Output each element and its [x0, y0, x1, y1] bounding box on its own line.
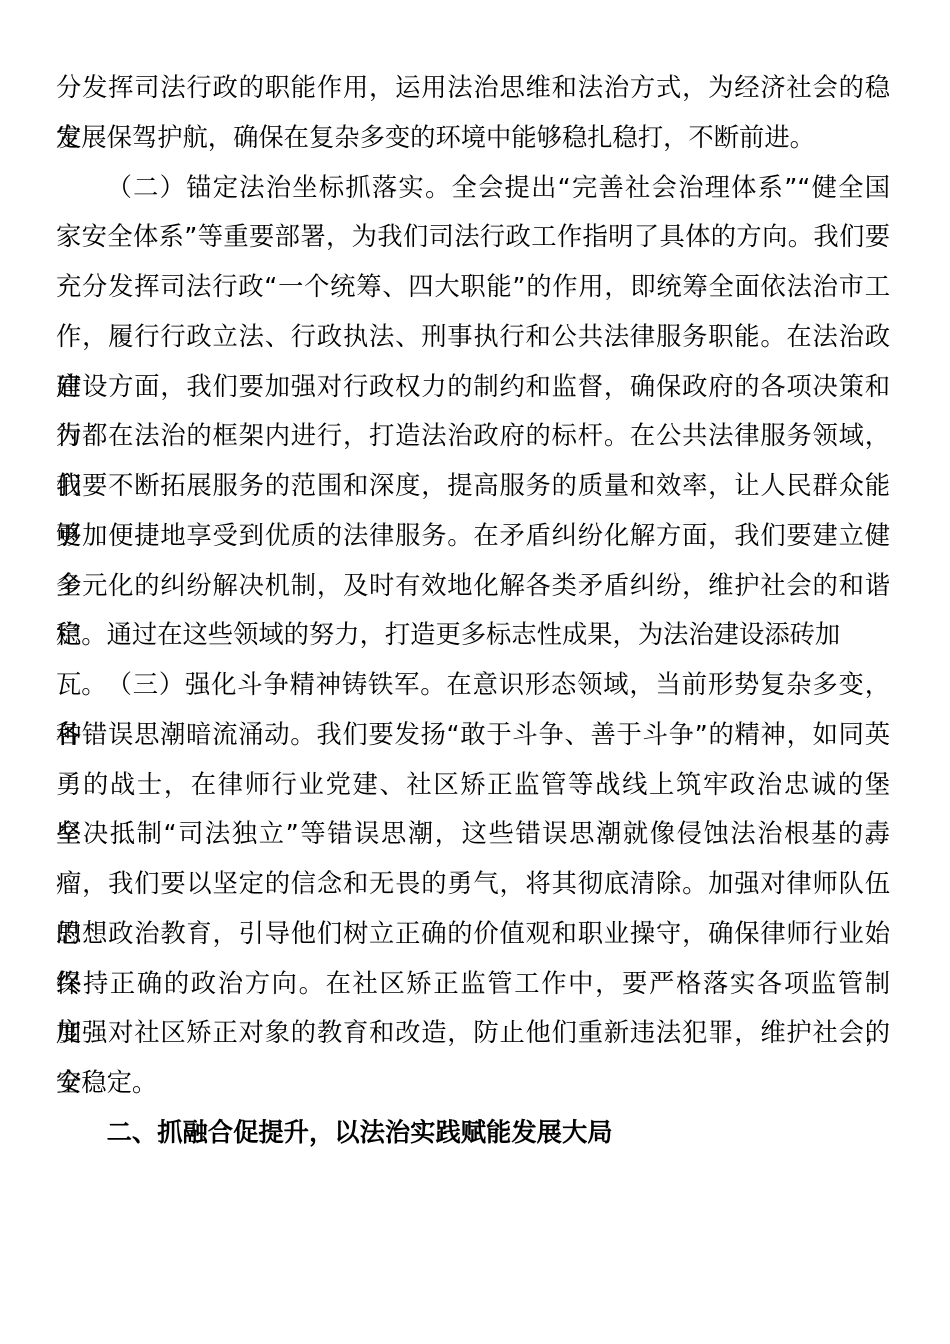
text-line: 发展保驾护航，确保在复杂多变的环境中能够稳扎稳打，不断前进。 [56, 113, 890, 163]
paragraph: 二、抓融合促提升，以法治实践赋能发展大局 [56, 1108, 890, 1158]
text-line: 充分发挥司法行政“一个统筹、四大职能”的作用，即统筹全面依法治市工 [56, 262, 890, 312]
text-line: 分发挥司法行政的职能作用，运用法治思维和法治方式，为经济社会的稳定 [56, 63, 890, 113]
text-line: （二）锚定法治坐标抓落实。全会提出“完善社会治理体系”“健全国 [56, 163, 890, 213]
section-heading: 二、抓融合促提升，以法治实践赋能发展大局 [56, 1108, 890, 1158]
text-line: 勇的战士，在律师行业党建、社区矫正监管等战线上筑牢政治忠诚的堡垒。 [56, 760, 890, 810]
text-line: 们要不断拓展服务的范围和深度，提高服务的质量和效率，让人民群众能够 [56, 461, 890, 511]
text-line: 多元化的纠纷解决机制，及时有效地化解各类矛盾纠纷，维护社会的和谐稳 [56, 561, 890, 611]
text-line: 为都在法治的框架内进行，打造法治政府的标杆。在公共法律服务领域，我 [56, 411, 890, 461]
text-line: 更加便捷地享受到优质的法律服务。在矛盾纠纷化解方面，我们要建立健全 [56, 511, 890, 561]
text-line: 建设方面，我们要加强对行政权力的制约和监督，确保政府的各项决策和行 [56, 362, 890, 412]
text-line: 保持正确的政治方向。在社区矫正监管工作中，要严格落实各项监管制度， [56, 959, 890, 1009]
text-line: 坚决抵制“司法独立”等错误思潮，这些错误思潮就像侵蚀法治根基的毒 [56, 809, 890, 859]
document-page: 分发挥司法行政的职能作用，运用法治思维和法治方式，为经济社会的稳定 发展保驾护航… [56, 63, 890, 1158]
text-line: 定。通过在这些领域的努力，打造更多标志性成果，为法治建设添砖加瓦。 [56, 610, 890, 660]
text-line: 思想政治教育，引导他们树立正确的价值观和职业操守，确保律师行业始终 [56, 909, 890, 959]
paragraph: （二）锚定法治坐标抓落实。全会提出“完善社会治理体系”“健全国 家安全体系”等重… [56, 163, 890, 661]
text-line: 全稳定。 [56, 1058, 890, 1108]
text-line: （三）强化斗争精神铸铁军。在意识形态领域，当前形势复杂多变，各 [56, 660, 890, 710]
paragraph: 分发挥司法行政的职能作用，运用法治思维和法治方式，为经济社会的稳定 发展保驾护航… [56, 63, 890, 163]
text-line: 瘤，我们要以坚定的信念和无畏的勇气，将其彻底清除。加强对律师队伍的 [56, 859, 890, 909]
text-line: 种错误思潮暗流涌动。我们要发扬“敢于斗争、善于斗争”的精神，如同英 [56, 710, 890, 760]
paragraph: （三）强化斗争精神铸铁军。在意识形态领域，当前形势复杂多变，各 种错误思潮暗流涌… [56, 660, 890, 1108]
text-line: 加强对社区矫正对象的教育和改造，防止他们重新违法犯罪，维护社会的安 [56, 1008, 890, 1058]
text-line: 家安全体系”等重要部署，为我们司法行政工作指明了具体的方向。我们要 [56, 212, 890, 262]
text-line: 作，履行行政立法、行政执法、刑事执行和公共法律服务职能。在法治政府 [56, 312, 890, 362]
